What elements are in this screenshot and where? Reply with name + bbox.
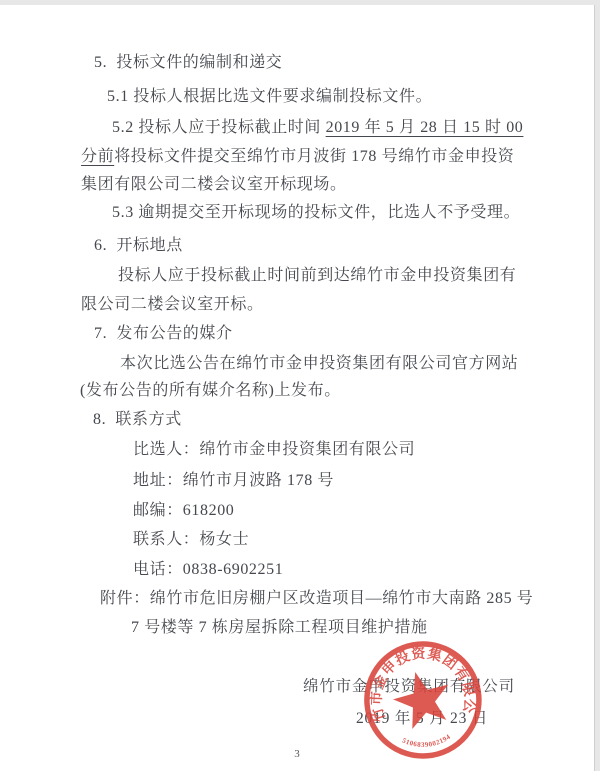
- section-7-body-line-2: (发布公告的所有媒介名称)上发布。: [80, 381, 341, 401]
- section-heading-8: 8. 联系方式: [93, 410, 182, 430]
- section-heading-5: 5. 投标文件的编制和递交: [94, 53, 282, 73]
- text-segment: 7 号楼等 7 栋房屋拆除工程项目维护措施: [131, 619, 428, 636]
- text-segment: 地址：绵竹市月波路 178 号: [133, 472, 334, 489]
- text-segment: 联系人：杨女士: [133, 531, 249, 548]
- text-segment: 附件：绵竹市危旧房棚户区改造项目—绵竹市大南路 285 号: [100, 590, 533, 607]
- document-page: 5. 投标文件的编制和递交 5.1 投标人根据比选文件要求编制投标文件。 5.2…: [0, 5, 595, 771]
- text-segment: 集团有限公司二楼会议室开标现场。: [81, 176, 347, 193]
- attachment-line-2: 7 号楼等 7 栋房屋拆除工程项目维护措施: [131, 618, 428, 638]
- text-segment: 将投标文件提交至绵竹市月波街 178 号绵竹市金申投资: [114, 148, 514, 165]
- text-segment: 比选人：绵竹市金申投资集团有限公司: [133, 441, 415, 458]
- attachment-line-1: 附件：绵竹市危旧房棚户区改造项目—绵竹市大南路 285 号: [100, 589, 533, 609]
- text-segment: 5.3 逾期提交至开标现场的投标文件，比选人不予受理。: [112, 204, 520, 221]
- text-segment: 8. 联系方式: [93, 411, 182, 428]
- section-6-body-line-2: 限公司二楼会议室开标。: [81, 295, 264, 315]
- text-segment: 电话：0838-6902251: [133, 561, 283, 578]
- text-segment: 5. 投标文件的编制和递交: [94, 54, 282, 71]
- seal-ring: [362, 639, 483, 760]
- section-heading-6: 6. 开标地点: [94, 236, 183, 256]
- text-segment: 限公司二楼会议室开标。: [81, 296, 264, 313]
- text-segment: 邮编：618200: [133, 502, 234, 519]
- text-segment: 7. 发布公告的媒介: [94, 325, 233, 342]
- section-heading-7: 7. 发布公告的媒介: [94, 324, 233, 344]
- text-segment: 5.1 投标人根据比选文件要求编制投标文件。: [107, 88, 432, 105]
- section-7-body-line-1: 本次比选公告在绵竹市金申投资集团有限公司官方网站: [120, 354, 518, 374]
- contact-bidder-line: 比选人：绵竹市金申投资集团有限公司: [133, 440, 415, 460]
- deadline-underlined-text: 2019 年 5 月 28 日 15 时 00: [326, 119, 524, 136]
- clause-5-1: 5.1 投标人根据比选文件要求编制投标文件。: [107, 87, 432, 107]
- clause-5-3: 5.3 逾期提交至开标现场的投标文件，比选人不予受理。: [112, 203, 520, 223]
- text-segment: 本次比选公告在绵竹市金申投资集团有限公司官方网站: [120, 355, 518, 372]
- text-segment: 投标人应于投标截止时间前到达绵竹市金申投资集团有: [118, 267, 516, 284]
- contact-address-line: 地址：绵竹市月波路 178 号: [133, 471, 334, 491]
- scanned-document: 5. 投标文件的编制和递交 5.1 投标人根据比选文件要求编制投标文件。 5.2…: [0, 0, 600, 771]
- signature-date: 2019 年 5 月 23 日: [356, 709, 488, 729]
- clause-5-2-line-2: 分前将投标文件提交至绵竹市月波街 178 号绵竹市金申投资: [81, 147, 514, 167]
- contact-person-line: 联系人：杨女士: [133, 530, 249, 550]
- section-6-body-line-1: 投标人应于投标截止时间前到达绵竹市金申投资集团有: [118, 266, 516, 286]
- text-segment: 6. 开标地点: [94, 237, 183, 254]
- text-segment: 5.2 投标人应于投标截止时间: [112, 119, 326, 136]
- clause-5-2-line-1: 5.2 投标人应于投标截止时间 2019 年 5 月 28 日 15 时 00: [112, 118, 523, 138]
- contact-phone-line: 电话：0838-6902251: [133, 560, 283, 580]
- contact-postcode-line: 邮编：618200: [133, 501, 234, 521]
- deadline-underlined-text: 分前: [81, 148, 114, 165]
- signature-company: 绵竹市金申投资集团有限公司: [303, 677, 515, 697]
- text-segment: (发布公告的所有媒介名称)上发布。: [80, 382, 341, 399]
- page-number: 3: [0, 748, 594, 760]
- clause-5-2-line-3: 集团有限公司二楼会议室开标现场。: [81, 175, 347, 195]
